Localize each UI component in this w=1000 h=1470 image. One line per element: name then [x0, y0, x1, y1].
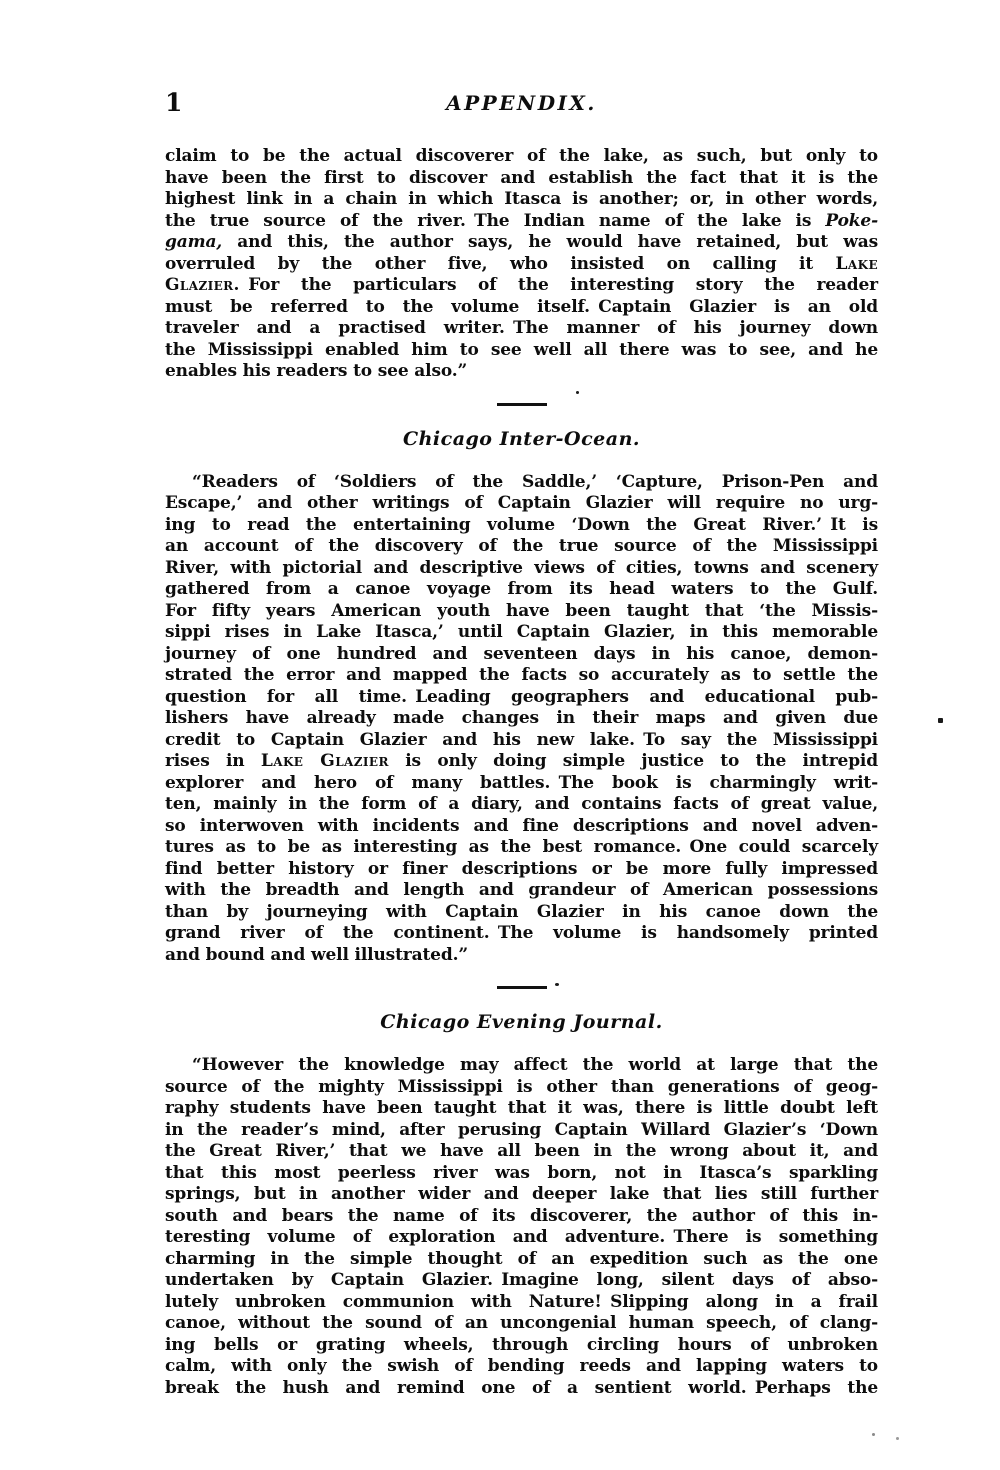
text-segment: rises in [165, 751, 261, 771]
text-line: “Readers of ‘Soldiers of the Saddle,’ ‘C… [165, 472, 878, 494]
text-line: “However the knowledge may affect the wo… [165, 1055, 878, 1077]
text-line: credit to Captain Glazier and his new la… [165, 730, 878, 752]
text-segment: and bound and well illustrated.” [165, 945, 468, 965]
text-segment: enables his readers to see also.” [165, 361, 467, 381]
text-segment: the Great River,’ that we have all been … [165, 1141, 878, 1161]
text-line: source of the mighty Mississippi is othe… [165, 1077, 878, 1099]
text-line: raphy students have been taught that it … [165, 1098, 878, 1120]
text-segment: calm, with only the swish of bending ree… [165, 1356, 878, 1376]
text-line: grand river of the continent. The volume… [165, 923, 878, 945]
text-segment: grand river of the continent. The volume… [165, 923, 878, 943]
text-segment: “Readers of ‘Soldiers of the Saddle,’ ‘C… [192, 472, 878, 492]
text-segment: raphy students have been taught that it … [165, 1098, 878, 1118]
ink-speck [576, 391, 579, 394]
text-segment: sippi rises in Lake Itasca,’ until Capta… [165, 622, 878, 642]
text-column: 1 APPENDIX. claim to be the actual disco… [165, 86, 878, 1399]
text-line: ing to read the entertaining volume ‘Dow… [165, 515, 878, 537]
text-segment: For the particulars of the interesting s… [240, 275, 878, 295]
text-segment: undertaken by Captain Glazier. Imagine l… [165, 1270, 878, 1290]
text-line: calm, with only the swish of bending ree… [165, 1356, 878, 1378]
text-segment: For fifty years American youth have been… [165, 601, 878, 621]
paragraph: claim to be the actual discoverer of the… [165, 146, 878, 383]
text-line: rises in Lake Glazier is only doing simp… [165, 751, 878, 773]
text-segment: the true source of the river. The Indian… [165, 211, 825, 231]
text-line: Escape,’ and other writings of Captain G… [165, 493, 878, 515]
text-line: ten, mainly in the form of a diary, and … [165, 794, 878, 816]
text-line: enables his readers to see also.” [165, 361, 878, 383]
text-line: tures as to be as interesting as the bes… [165, 837, 878, 859]
text-line: springs, but in another wider and deeper… [165, 1184, 878, 1206]
text-line: ing bells or grating wheels, through cir… [165, 1335, 878, 1357]
text-segment: source of the mighty Mississippi is othe… [165, 1077, 878, 1097]
content-blocks: claim to be the actual discoverer of the… [165, 146, 878, 1399]
text-segment: explorer and hero of many battles. The b… [165, 773, 878, 793]
text-segment: charming in the simple thought of an exp… [165, 1249, 878, 1269]
text-segment: the Mississippi enabled him to see well … [165, 340, 878, 360]
ink-speck [872, 1433, 875, 1436]
text-line: break the hush and remind one of a senti… [165, 1378, 878, 1400]
text-line: so interwoven with incidents and fine de… [165, 816, 878, 838]
text-line: canoe, without the sound of an uncongeni… [165, 1313, 878, 1335]
text-segment: find better history or finer description… [165, 859, 878, 879]
italic-text: gama, [165, 232, 222, 252]
text-line: River, with pictorial and descriptive vi… [165, 558, 878, 580]
document-page: 1 APPENDIX. claim to be the actual disco… [0, 0, 1000, 1470]
text-line: south and bears the name of its discover… [165, 1206, 878, 1228]
text-segment: ing bells or grating wheels, through cir… [165, 1335, 878, 1355]
text-line: with the breadth and length and grandeur… [165, 880, 878, 902]
text-segment: lutely unbroken communion with Nature! S… [165, 1292, 878, 1312]
text-line: lutely unbroken communion with Nature! S… [165, 1292, 878, 1314]
text-segment: strated the error and mapped the facts s… [165, 665, 878, 685]
text-line: must be referred to the volume itself. C… [165, 297, 878, 319]
section-divider [497, 403, 547, 406]
text-segment: lishers have already made changes in the… [165, 708, 878, 728]
text-line: lishers have already made changes in the… [165, 708, 878, 730]
text-line: highest link in a chain in which Itasca … [165, 189, 878, 211]
text-segment: River, with pictorial and descriptive vi… [165, 558, 878, 578]
ink-speck [938, 718, 943, 723]
text-line: traveler and a practised writer. The man… [165, 318, 878, 340]
text-segment: claim to be the actual discoverer of the… [165, 146, 878, 166]
text-segment: that this most peerless river was born, … [165, 1163, 878, 1183]
text-segment: is only doing simple justice to the intr… [389, 751, 878, 771]
paragraph: “Readers of ‘Soldiers of the Saddle,’ ‘C… [165, 472, 878, 967]
text-line: journey of one hundred and seventeen day… [165, 644, 878, 666]
text-segment: springs, but in another wider and deeper… [165, 1184, 878, 1204]
text-line: For fifty years American youth have been… [165, 601, 878, 623]
text-segment: with the breadth and length and grandeur… [165, 880, 878, 900]
text-segment: and this, the author says, he would have… [222, 232, 878, 252]
text-line: explorer and hero of many battles. The b… [165, 773, 878, 795]
text-segment: break the hush and remind one of a senti… [165, 1378, 878, 1398]
smallcaps-text: Glazier. [165, 275, 240, 295]
page-header: 1 APPENDIX. [165, 86, 878, 122]
text-segment: journey of one hundred and seventeen day… [165, 644, 878, 664]
text-line: find better history or finer description… [165, 859, 878, 881]
text-line: claim to be the actual discoverer of the… [165, 146, 878, 168]
text-segment: ing to read the entertaining volume ‘Dow… [165, 515, 878, 535]
ink-speck [555, 983, 559, 986]
page-number: 1 [165, 86, 182, 120]
text-line: in the reader’s mind, after perusing Cap… [165, 1120, 878, 1142]
ink-speck [896, 1437, 899, 1440]
text-line: and bound and well illustrated.” [165, 945, 878, 967]
smallcaps-text: Lake Glazier [261, 751, 389, 771]
text-segment: question for all time. Leading geographe… [165, 687, 878, 707]
text-segment: in the reader’s mind, after perusing Cap… [165, 1120, 878, 1140]
text-segment: “However the knowledge may affect the wo… [192, 1055, 878, 1075]
text-line: that this most peerless river was born, … [165, 1163, 878, 1185]
text-segment: canoe, without the sound of an uncongeni… [165, 1313, 878, 1333]
text-line: question for all time. Leading geographe… [165, 687, 878, 709]
text-segment: so interwoven with incidents and fine de… [165, 816, 878, 836]
text-segment: than by journeying with Captain Glazier … [165, 902, 878, 922]
text-segment: overruled by the other five, who insiste… [165, 254, 836, 274]
text-line: gathered from a canoe voyage from its he… [165, 579, 878, 601]
text-line: strated the error and mapped the facts s… [165, 665, 878, 687]
text-line: Glazier. For the particulars of the inte… [165, 275, 878, 297]
text-segment: highest link in a chain in which Itasca … [165, 189, 878, 209]
text-line: than by journeying with Captain Glazier … [165, 902, 878, 924]
text-segment: ten, mainly in the form of a diary, and … [165, 794, 878, 814]
text-segment: teresting volume of exploration and adve… [165, 1227, 878, 1247]
text-line: sippi rises in Lake Itasca,’ until Capta… [165, 622, 878, 644]
text-segment: south and bears the name of its discover… [165, 1206, 878, 1226]
text-segment: must be referred to the volume itself. C… [165, 297, 878, 317]
text-line: gama, and this, the author says, he woul… [165, 232, 878, 254]
running-head-title: APPENDIX. [165, 86, 878, 120]
text-segment: traveler and a practised writer. The man… [165, 318, 878, 338]
text-line: the Great River,’ that we have all been … [165, 1141, 878, 1163]
text-line: the true source of the river. The Indian… [165, 211, 878, 233]
text-line: teresting volume of exploration and adve… [165, 1227, 878, 1249]
text-segment: Escape,’ and other writings of Captain G… [165, 493, 878, 513]
text-line: the Mississippi enabled him to see well … [165, 340, 878, 362]
text-line: an account of the discovery of the true … [165, 536, 878, 558]
paragraph: “However the knowledge may affect the wo… [165, 1055, 878, 1399]
text-segment: credit to Captain Glazier and his new la… [165, 730, 878, 750]
section-heading: Chicago Evening Journal. [165, 1009, 878, 1036]
text-line: charming in the simple thought of an exp… [165, 1249, 878, 1271]
smallcaps-text: Lake [836, 254, 878, 274]
italic-text: Poke- [825, 211, 878, 231]
text-line: have been the first to discover and esta… [165, 168, 878, 190]
section-heading: Chicago Inter-Ocean. [165, 426, 878, 453]
text-segment: an account of the discovery of the true … [165, 536, 878, 556]
text-line: undertaken by Captain Glazier. Imagine l… [165, 1270, 878, 1292]
text-segment: have been the first to discover and esta… [165, 168, 878, 188]
section-divider [497, 986, 547, 989]
text-segment: gathered from a canoe voyage from its he… [165, 579, 878, 599]
text-segment: tures as to be as interesting as the bes… [165, 837, 878, 857]
text-line: overruled by the other five, who insiste… [165, 254, 878, 276]
